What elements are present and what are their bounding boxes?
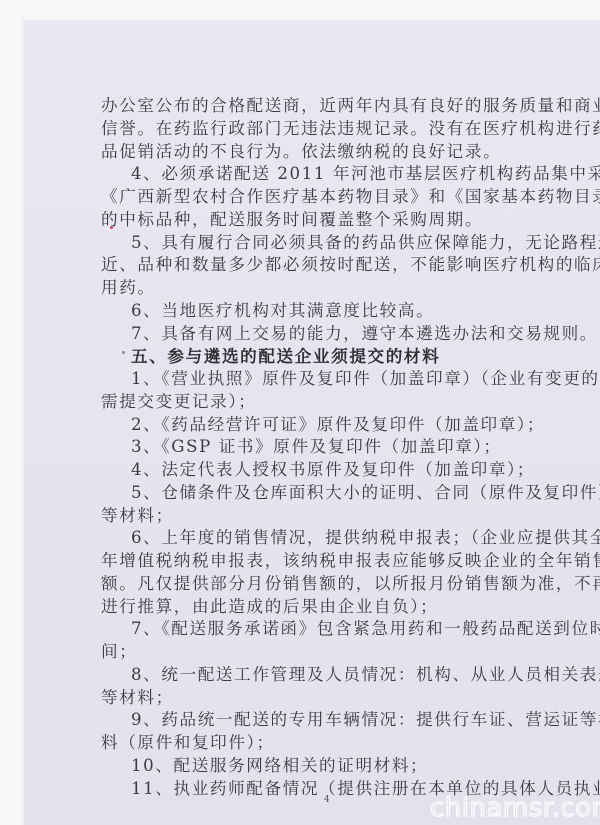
red-ink-mark	[110, 226, 113, 229]
text-line: 7、具备有网上交易的能力，遵守本遴选办法和交易规则。	[101, 323, 543, 346]
text-line: 用药。	[101, 277, 543, 300]
text-line: 信誉。在药监行政部门无违法违规记录。没有在医疗机构进行药	[101, 118, 543, 141]
text-line: 额。凡仅提供部分月份销售额的，以所报月份销售额为准，不再	[101, 573, 543, 596]
text-line: 等材料；	[101, 505, 543, 528]
text-line: 6、当地医疗机构对其满意度比较高。	[101, 300, 543, 323]
text-line: 6、上年度的销售情况，提供纳税申报表；（企业应提供其全	[101, 527, 543, 550]
text-line: 年增值税纳税申报表，该纳税申报表应能够反映企业的全年销售	[101, 550, 543, 573]
section-heading: 五、参与遴选的配送企业须提交的材料	[101, 345, 543, 368]
text-line: 5、仓储条件及仓库面积大小的证明、合同（原件及复印件）	[101, 482, 543, 505]
text-line: 近、品种和数量多少都必须按时配送，不能影响医疗机构的临床	[101, 254, 543, 277]
text-line: 8、统一配送工作管理及人员情况：机构、从业人员相关表册	[101, 664, 543, 687]
text-line: 7、《配送服务承诺函》包含紧急用药和一般药品配送到位时	[101, 618, 543, 641]
text-line: 5、具有履行合同必须具备的药品供应保障能力，无论路程远	[101, 232, 543, 255]
text-line: 料（原件和复印件）；	[101, 732, 543, 755]
page-number: 4	[324, 795, 330, 805]
text-line: 进行推算，由此造成的后果由企业自负）；	[101, 596, 543, 619]
text-line: 9、药品统一配送的专用车辆情况：提供行车证、营运证等材	[101, 709, 543, 732]
text-line: 《广西新型农村合作医疗基本药物目录》和《国家基本药物目录》	[101, 186, 543, 209]
text-line: 间；	[101, 641, 543, 664]
text-line: 10、配送服务网络相关的证明材料；	[101, 755, 543, 778]
text-line: 2、《药品经营许可证》原件及复印件（加盖印章）；	[101, 414, 543, 437]
text-line: 需提交变更记录）；	[101, 391, 543, 414]
scan-speck	[122, 351, 125, 354]
text-line: 1、《营业执照》原件及复印件（加盖印章）（企业有变更的	[101, 368, 543, 391]
watermark: chinamsr.com	[430, 793, 600, 823]
text-line: 3、《GSP 证书》原件及复印件（加盖印章）；	[101, 436, 543, 459]
text-line: 等材料；	[101, 687, 543, 710]
text-line: 4、法定代表人授权书原件及复印件（加盖印章）；	[101, 459, 543, 482]
text-line: 的中标品种，配送服务时间覆盖整个采购周期。	[101, 209, 543, 232]
text-line: 办公室公布的合格配送商，近两年内具有良好的服务质量和商业	[101, 95, 543, 118]
document-body: 办公室公布的合格配送商，近两年内具有良好的服务质量和商业 信誉。在药监行政部门无…	[101, 95, 543, 800]
text-line: 4、必须承诺配送 2011 年河池市基层医疗机构药品集中采购	[101, 163, 543, 186]
text-line: 品促销活动的不良行为。依法缴纳税的良好记录。	[101, 141, 543, 164]
